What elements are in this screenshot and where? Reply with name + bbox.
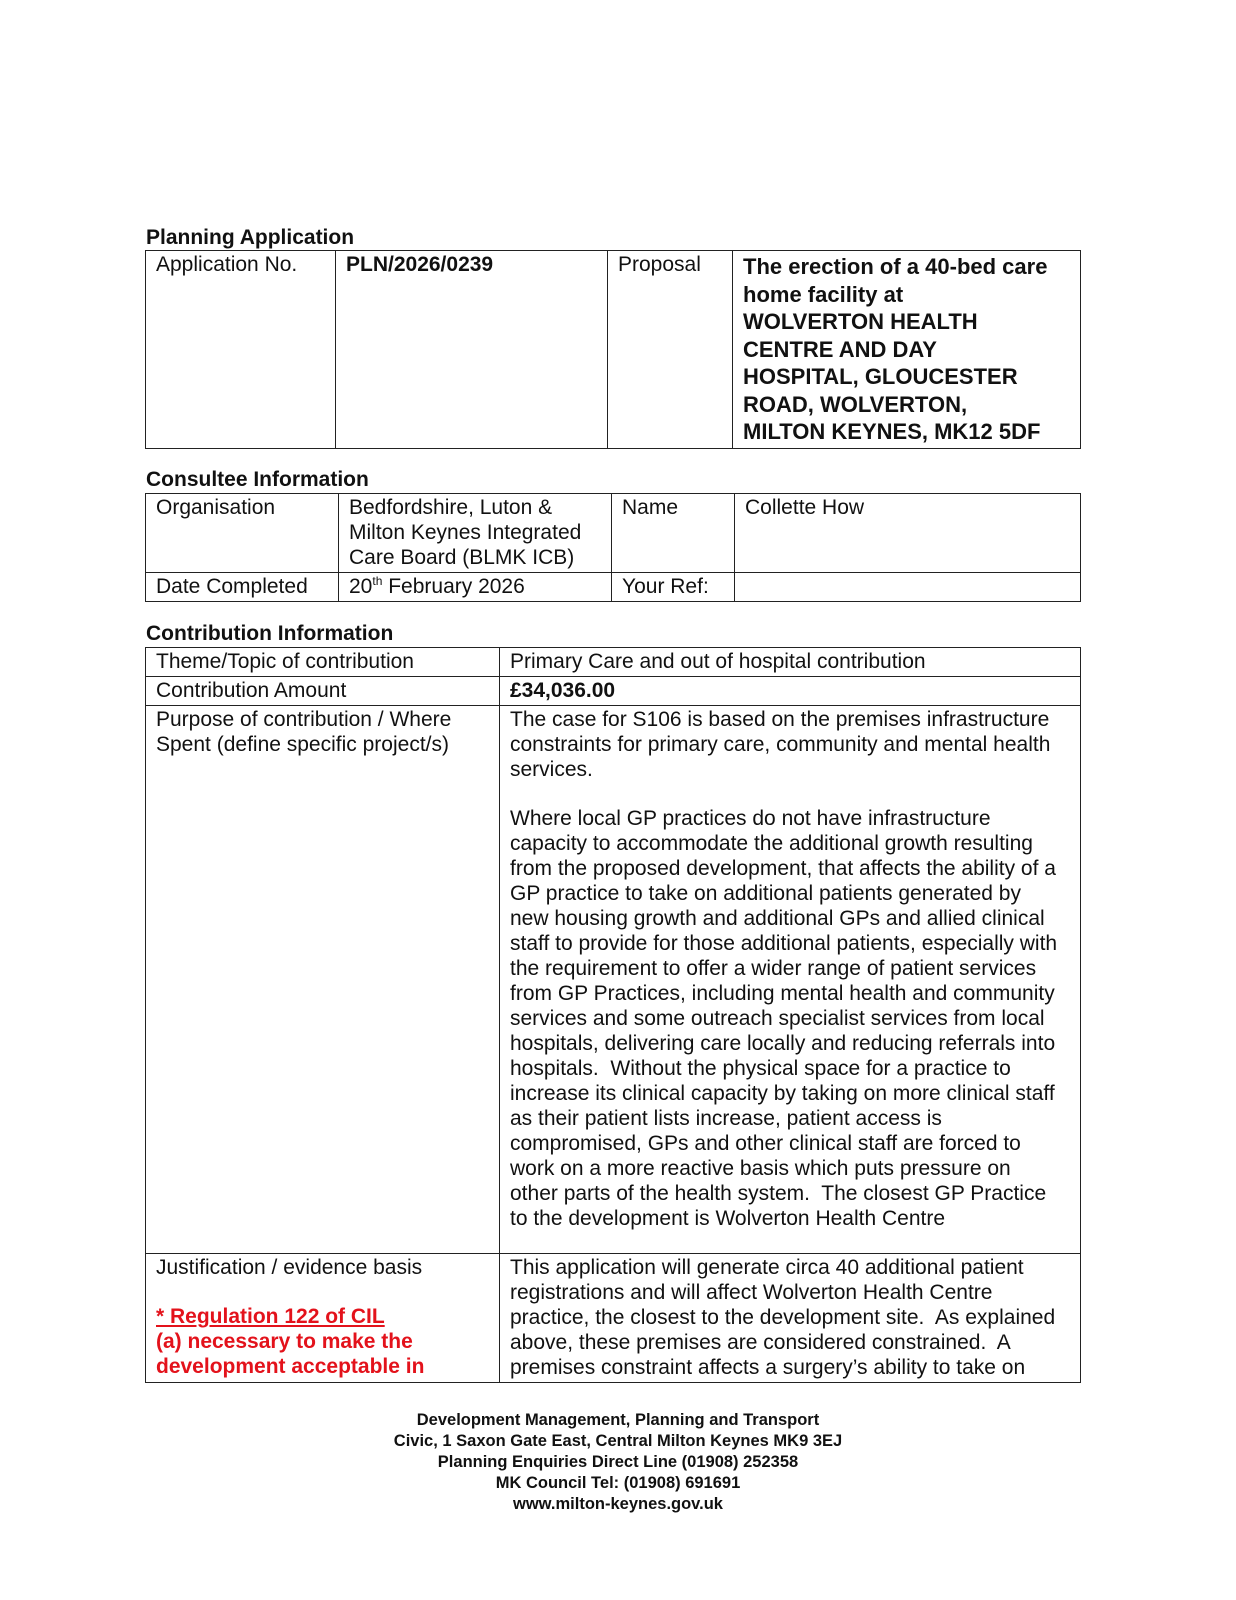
proposal-line: HOSPITAL, GLOUCESTER — [743, 363, 1070, 391]
your-ref-label: Your Ref: — [612, 573, 735, 602]
name-value: Collette How — [735, 494, 1081, 573]
purpose-line: Where local GP practices do not have inf… — [510, 806, 1070, 831]
contribution-heading: Contribution Information — [146, 622, 393, 646]
justification-line: above, these premises are considered con… — [510, 1330, 1070, 1355]
theme-value: Primary Care and out of hospital contrib… — [500, 648, 1081, 677]
organisation-line: Milton Keynes Integrated — [349, 520, 601, 545]
document-page: Planning Application Application No. PLN… — [0, 0, 1236, 1600]
purpose-line: services and some outreach specialist se… — [510, 1006, 1070, 1031]
justification-value: This application will generate circa 40 … — [500, 1254, 1081, 1383]
date-completed-label: Date Completed — [146, 573, 339, 602]
organisation-label: Organisation — [146, 494, 339, 573]
purpose-paragraph-2: Where local GP practices do not have inf… — [510, 806, 1070, 1231]
date-suffix: th — [372, 574, 382, 588]
organisation-line: Bedfordshire, Luton & — [349, 495, 601, 520]
proposal-line: home facility at — [743, 281, 1070, 309]
proposal-line: CENTRE AND DAY — [743, 336, 1070, 364]
consultee-table: Organisation Bedfordshire, Luton & Milto… — [145, 493, 1081, 602]
purpose-line: The case for S106 is based on the premis… — [510, 707, 1070, 732]
purpose-line: other parts of the health system. The cl… — [510, 1181, 1070, 1206]
purpose-line: GP practice to take on additional patien… — [510, 881, 1070, 906]
proposal-line: WOLVERTON HEALTH — [743, 308, 1070, 336]
justification-text: This application will generate circa 40 … — [510, 1255, 1070, 1380]
justification-label-cell: Justification / evidence basis * Regulat… — [146, 1254, 500, 1383]
purpose-label: Purpose of contribution / Where Spent (d… — [146, 706, 500, 1254]
application-no-label: Application No. — [146, 251, 336, 449]
purpose-line: constraints for primary care, community … — [510, 732, 1070, 757]
footer-council-tel: MK Council Tel: (01908) 691691 — [0, 1473, 1236, 1494]
purpose-line: from the proposed development, that affe… — [510, 856, 1070, 881]
purpose-line: hospitals, delivering care locally and r… — [510, 1031, 1070, 1056]
date-rest: February 2026 — [382, 575, 524, 598]
purpose-line: capacity to accommodate the additional g… — [510, 831, 1070, 856]
justification-line: practice, the closest to the development… — [510, 1305, 1070, 1330]
regulation-line: (a) necessary to make the — [156, 1329, 489, 1354]
purpose-line: as their patient lists increase, patient… — [510, 1106, 1070, 1131]
footer-enquiries-line: Planning Enquiries Direct Line (01908) 2… — [0, 1452, 1236, 1473]
proposal-line: The erection of a 40-bed care — [743, 253, 1070, 281]
purpose-line: staff to provide for those additional pa… — [510, 931, 1070, 956]
purpose-label-line: Purpose of contribution / Where — [156, 707, 489, 732]
date-day: 20 — [349, 575, 372, 598]
justification-line: This application will generate circa 40 … — [510, 1255, 1070, 1280]
theme-label: Theme/Topic of contribution — [146, 648, 500, 677]
purpose-line: the requirement to offer a wider range o… — [510, 956, 1070, 981]
application-no-value: PLN/2026/0239 — [336, 251, 608, 449]
name-label: Name — [612, 494, 735, 573]
purpose-line: hospitals. Without the physical space fo… — [510, 1056, 1070, 1081]
justification-label: Justification / evidence basis — [156, 1255, 489, 1280]
proposal-line: MILTON KEYNES, MK12 5DF — [743, 418, 1070, 446]
your-ref-value — [735, 573, 1081, 602]
organisation-line: Care Board (BLMK ICB) — [349, 545, 601, 570]
footer-website[interactable]: www.milton-keynes.gov.uk — [0, 1494, 1236, 1515]
proposal-label: Proposal — [608, 251, 733, 449]
purpose-label-line: Spent (define specific project/s) — [156, 732, 489, 757]
purpose-paragraph-1: The case for S106 is based on the premis… — [510, 707, 1070, 782]
purpose-line: increase its clinical capacity by taking… — [510, 1081, 1070, 1106]
date-completed-value: 20th February 2026 — [339, 573, 612, 602]
planning-application-heading: Planning Application — [146, 226, 354, 250]
regulation-line: development acceptable in — [156, 1354, 489, 1379]
footer-department: Development Management, Planning and Tra… — [0, 1410, 1236, 1431]
consultee-heading: Consultee Information — [146, 468, 369, 492]
purpose-line: new housing growth and additional GPs an… — [510, 906, 1070, 931]
regulation-title: * Regulation 122 of CIL — [156, 1304, 489, 1329]
purpose-line: to the development is Wolverton Health C… — [510, 1206, 1070, 1231]
amount-label: Contribution Amount — [146, 677, 500, 706]
purpose-value: The case for S106 is based on the premis… — [500, 706, 1081, 1254]
footer-address: Civic, 1 Saxon Gate East, Central Milton… — [0, 1431, 1236, 1452]
proposal-line: ROAD, WOLVERTON, — [743, 391, 1070, 419]
justification-line: premises constraint affects a surgery’s … — [510, 1355, 1070, 1380]
proposal-value: The erection of a 40-bed care home facil… — [733, 251, 1081, 449]
contribution-table: Theme/Topic of contribution Primary Care… — [145, 647, 1081, 1383]
purpose-line: from GP Practices, including mental heal… — [510, 981, 1070, 1006]
purpose-line: services. — [510, 757, 1070, 782]
purpose-line: work on a more reactive basis which puts… — [510, 1156, 1070, 1181]
justification-line: registrations and will affect Wolverton … — [510, 1280, 1070, 1305]
organisation-value: Bedfordshire, Luton & Milton Keynes Inte… — [339, 494, 612, 573]
page-footer: Development Management, Planning and Tra… — [0, 1410, 1236, 1515]
planning-application-table: Application No. PLN/2026/0239 Proposal T… — [145, 250, 1081, 449]
amount-value: £34,036.00 — [500, 677, 1081, 706]
purpose-line: compromised, GPs and other clinical staf… — [510, 1131, 1070, 1156]
